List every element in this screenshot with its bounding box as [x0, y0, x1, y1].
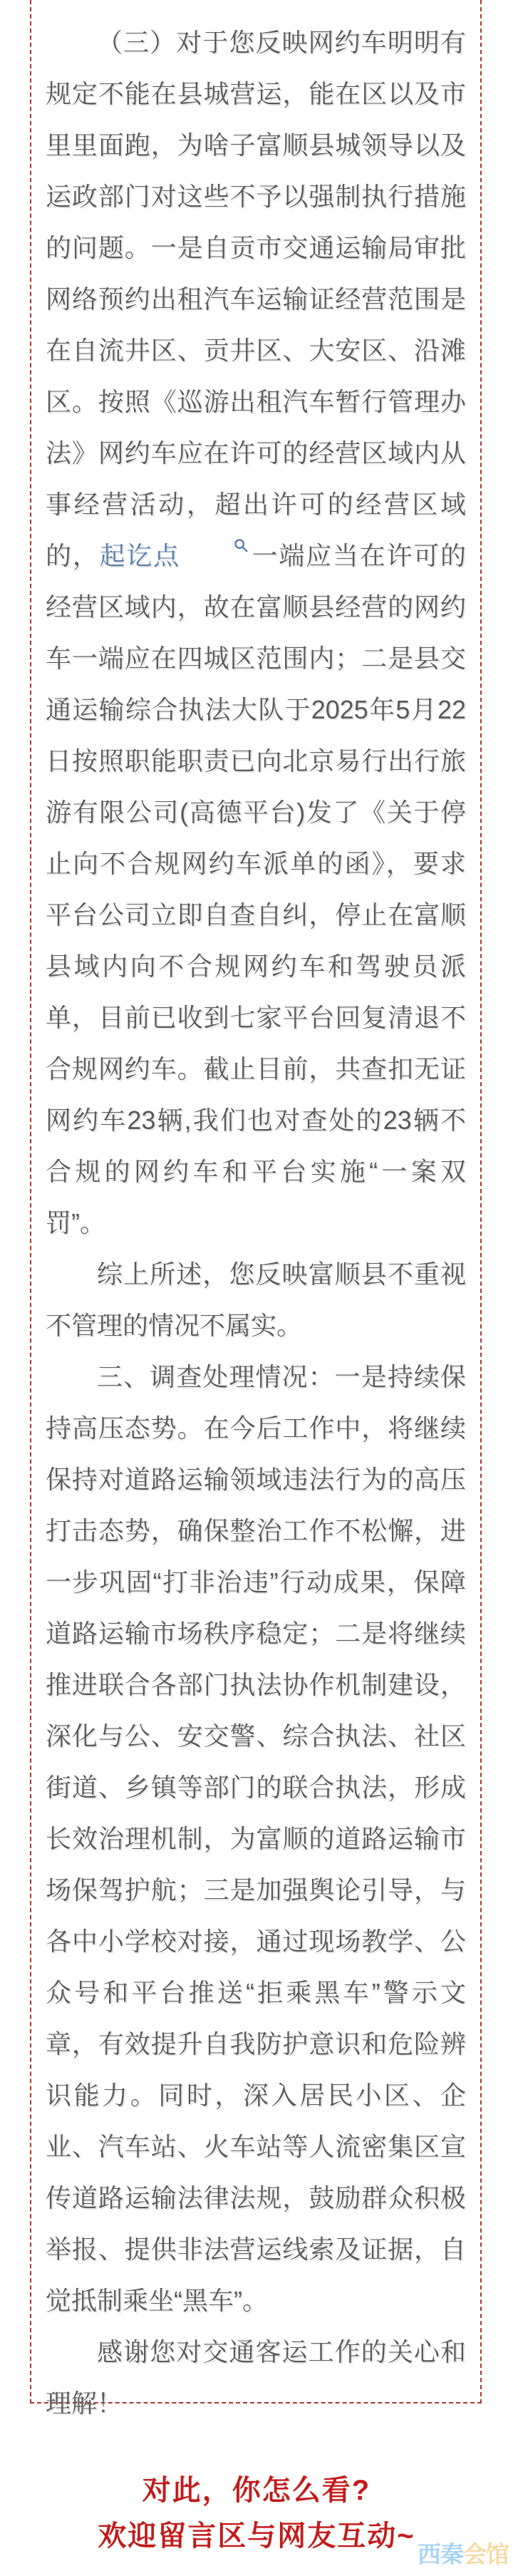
paragraph-summary: 综上所述，您反映富顺县不重视不管理的情况不属实。 [46, 1249, 466, 1351]
paragraph-reply-item-3: （三）对于您反映网约车明明有规定不能在县城营运，能在区以及市里里面跑，为啥子富顺… [46, 17, 466, 1249]
paragraph-text: 一端应当在许可的经营区域内，故在富顺县经营的网约车一端应在四城区范围内；二是县交… [46, 541, 466, 1237]
term-link-label: 起讫点 [100, 541, 180, 570]
paragraph-thanks: 感谢您对交通客运工作的关心和理解！ [46, 2327, 466, 2429]
article-body: （三）对于您反映网约车明明有规定不能在县城营运，能在区以及市里里面跑，为啥子富顺… [46, 17, 466, 2429]
cta-question-line: 对此，你怎么看? [0, 2468, 513, 2513]
paragraph-handling-measures: 三、调查处理情况：一是持续保持高压态势。在今后工作中，将继续保持对道路运输领域违… [46, 1351, 466, 2327]
watermark-part-orange: 会馆 [463, 2541, 509, 2567]
qiqidian-term-link[interactable]: 起讫点 [100, 541, 251, 570]
xiqin-huiguan-watermark: 西秦会馆 [418, 2542, 509, 2566]
article-page: { "page": { "background": "#ffffff", "bo… [0, 0, 513, 2576]
search-icon [182, 537, 249, 553]
watermark-part-blue: 西秦 [418, 2541, 463, 2567]
paragraph-text: （三）对于您反映网约车明明有规定不能在县城营运，能在区以及市里里面跑，为啥子富顺… [46, 28, 466, 570]
red-dashed-notice-panel: （三）对于您反映网约车明明有规定不能在县城营运，能在区以及市里里面跑，为啥子富顺… [30, 0, 482, 2404]
